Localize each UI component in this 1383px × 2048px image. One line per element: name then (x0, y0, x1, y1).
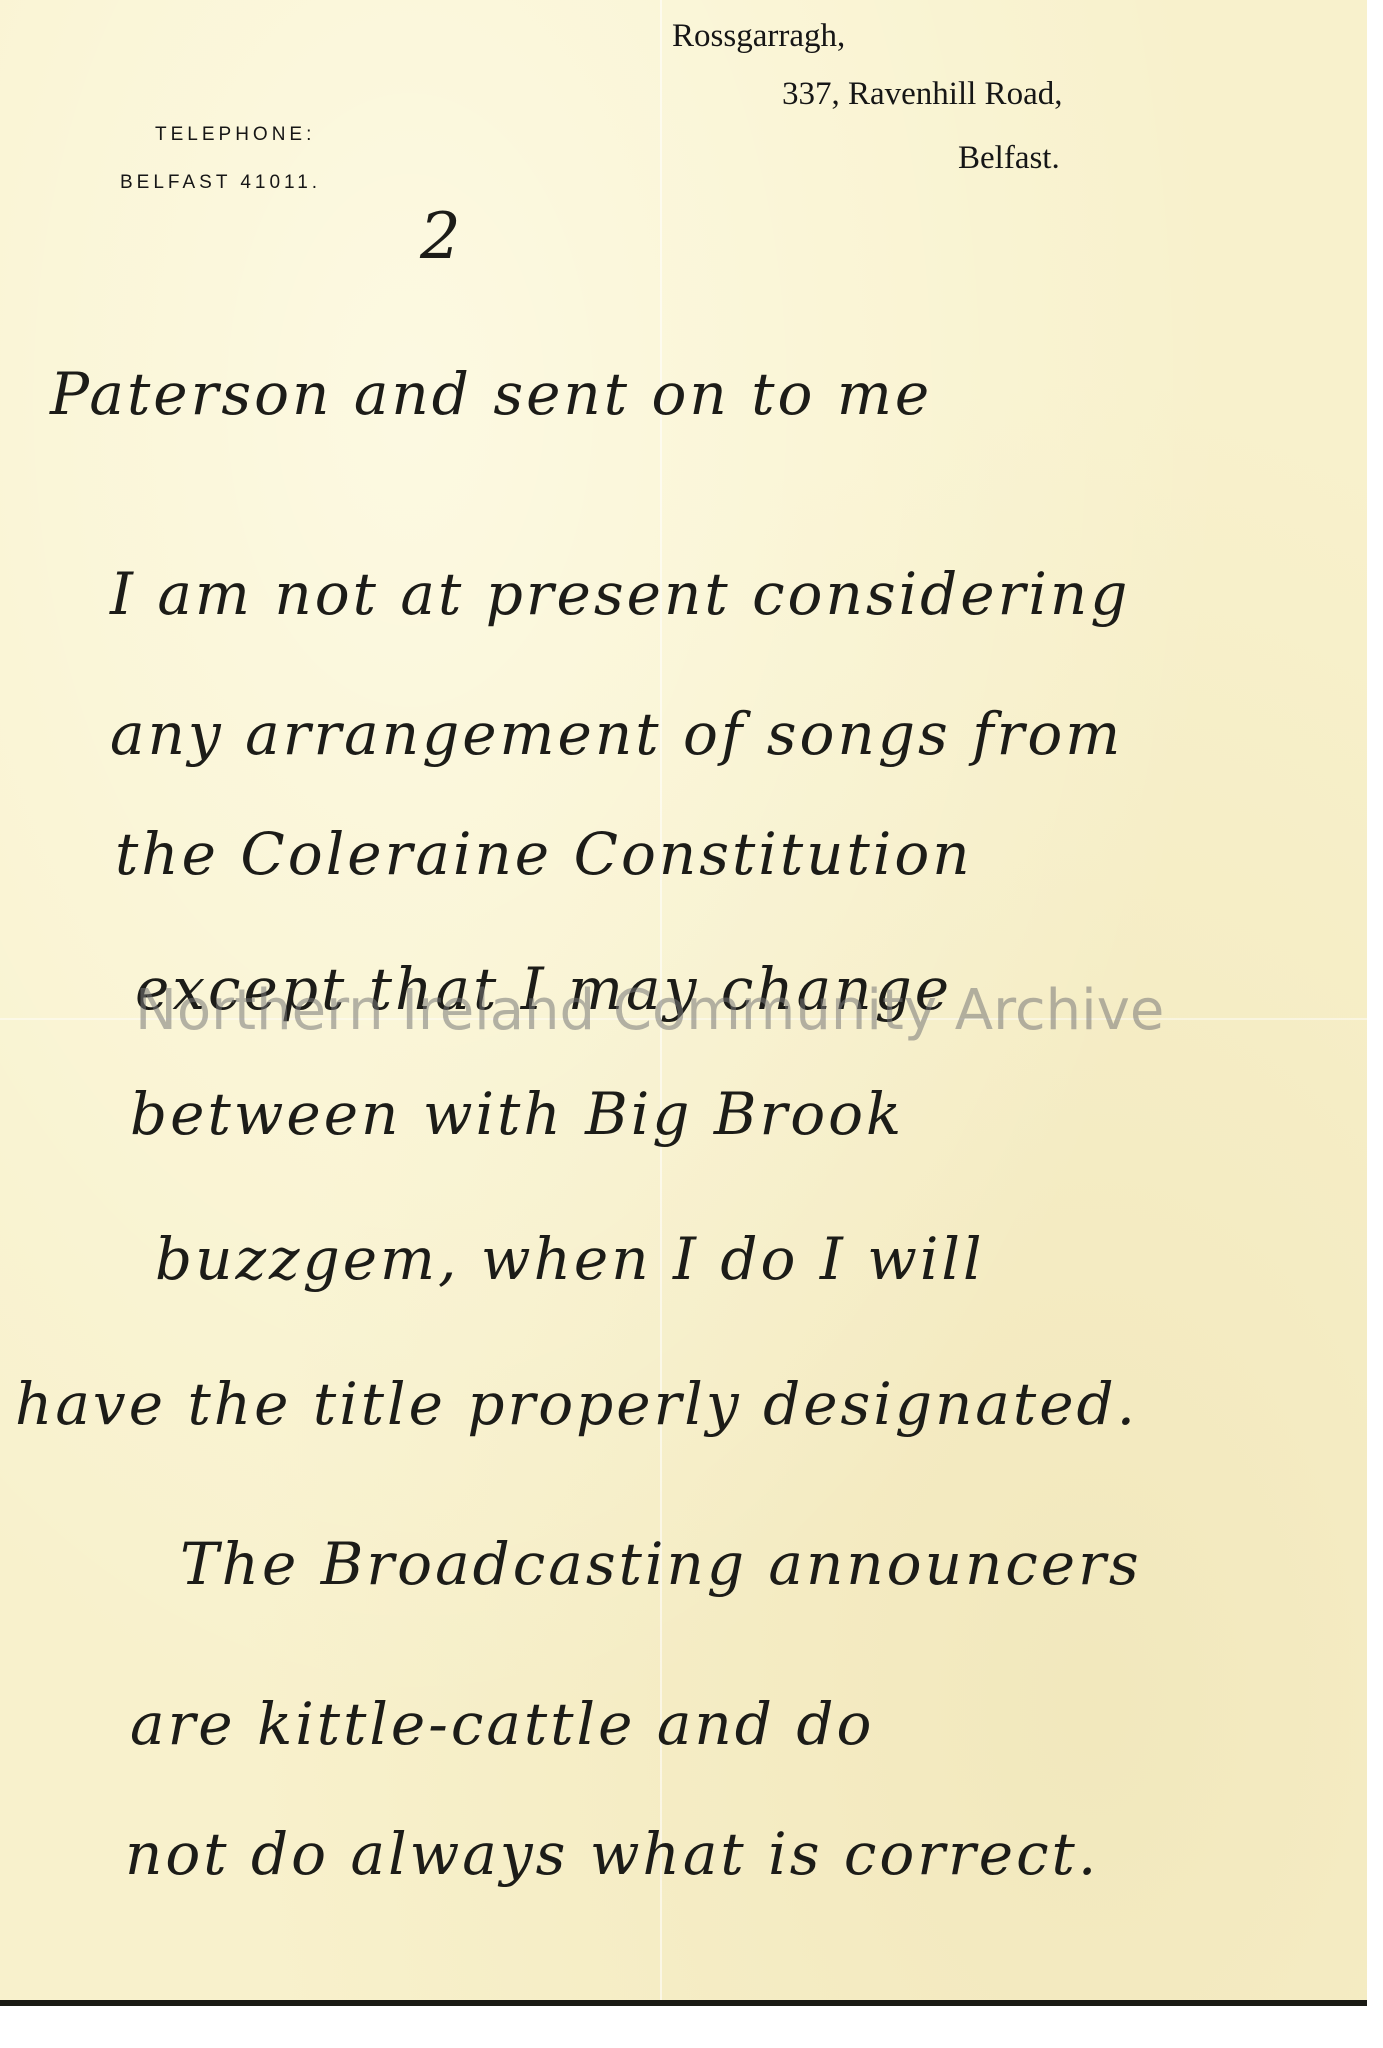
handwritten-line-3: any arrangement of songs from (110, 700, 1123, 768)
handwritten-line-11: not do always what is correct. (125, 1820, 1099, 1888)
handwritten-line-9: The Broadcasting announcers (180, 1530, 1142, 1598)
handwritten-line-7: buzzgem, when I do I will (155, 1225, 985, 1293)
letterhead-city: Belfast. (958, 140, 1060, 177)
handwritten-line-8: have the title properly designated. (15, 1370, 1138, 1438)
telephone-label: TELEPHONE: (155, 124, 315, 146)
handwritten-line-2: I am not at present considering (110, 560, 1130, 628)
handwritten-line-10: are kittle-cattle and do (130, 1690, 874, 1758)
handwritten-line-1: Paterson and sent on to me (50, 360, 932, 428)
telephone-number: BELFAST 41011. (120, 172, 321, 194)
letterhead-house-name: Rossgarragh, (672, 18, 845, 55)
letter-page: Rossgarragh, 337, Ravenhill Road, Belfas… (0, 0, 1367, 2006)
letterhead-street: 337, Ravenhill Road, (782, 76, 1062, 113)
archive-watermark: Northern Ireland Community Archive (135, 978, 1164, 1043)
handwritten-line-6: between with Big Brook (130, 1080, 904, 1148)
page-number: 2 (420, 200, 461, 274)
handwritten-line-4: the Coleraine Constitution (115, 820, 973, 888)
